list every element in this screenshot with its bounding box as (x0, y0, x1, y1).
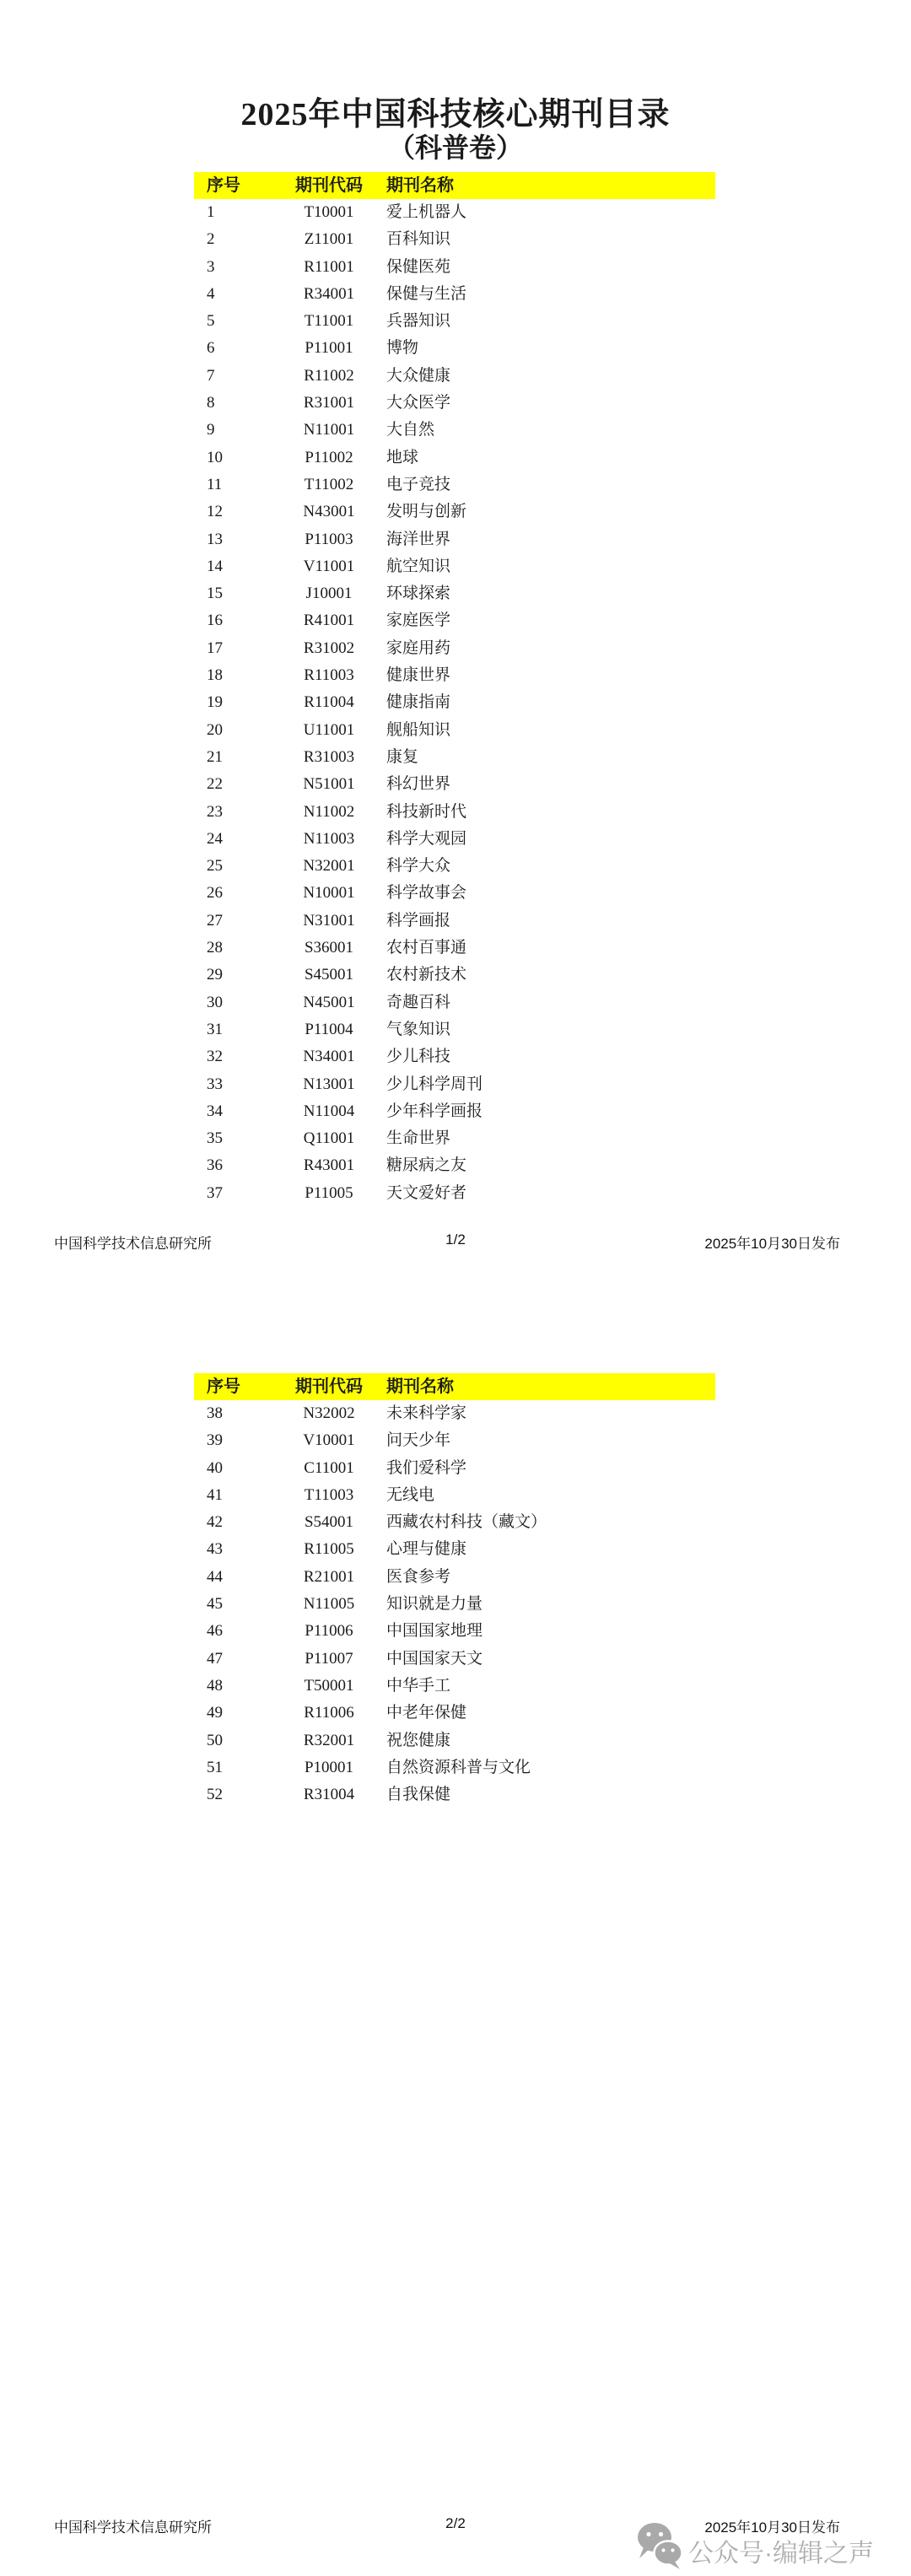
cell-journal-name: 未来科学家 (380, 1400, 715, 1427)
cell-journal-code: N11005 (278, 1591, 380, 1618)
cell-index: 49 (194, 1700, 278, 1727)
cell-index: 41 (194, 1482, 278, 1509)
cell-journal-code: N32002 (278, 1400, 380, 1427)
cell-journal-code: U11001 (278, 717, 380, 744)
cell-index: 23 (194, 799, 278, 826)
table-row: 15J10001环球探索 (194, 580, 715, 607)
col-header-name: 期刊名称 (380, 1373, 715, 1400)
cell-journal-code: N51001 (278, 771, 380, 798)
cell-journal-code: Z11001 (278, 226, 380, 253)
cell-journal-code: V10001 (278, 1427, 380, 1454)
table-row: 22N51001科幻世界 (194, 771, 715, 798)
cell-journal-name: 电子竞技 (380, 472, 715, 498)
cell-index: 5 (194, 308, 278, 335)
cell-index: 4 (194, 281, 278, 308)
table-row: 31P11004气象知识 (194, 1016, 715, 1043)
cell-journal-name: 博物 (380, 335, 715, 362)
cell-journal-name: 家庭医学 (380, 607, 715, 634)
cell-index: 14 (194, 553, 278, 580)
cell-journal-code: N43001 (278, 498, 380, 525)
cell-index: 34 (194, 1098, 278, 1125)
cell-journal-name: 农村百事通 (380, 935, 715, 962)
cell-index: 10 (194, 445, 278, 472)
table-row: 28S36001农村百事通 (194, 935, 715, 962)
table-row: 34N11004少年科学画报 (194, 1098, 715, 1125)
cell-journal-name: 舰船知识 (380, 717, 715, 744)
cell-journal-name: 康复 (380, 744, 715, 771)
cell-journal-name: 自然资源科普与文化 (380, 1754, 715, 1781)
cell-index: 44 (194, 1564, 278, 1591)
cell-journal-name: 知识就是力量 (380, 1591, 715, 1618)
cell-index: 46 (194, 1618, 278, 1645)
cell-journal-code: T10001 (278, 199, 380, 226)
table-row: 37P11005天文爱好者 (194, 1180, 715, 1207)
cell-journal-name: 大自然 (380, 417, 715, 444)
cell-journal-code: P11005 (278, 1180, 380, 1207)
table-row: 27N31001科学画报 (194, 908, 715, 935)
table-row: 9N11001大自然 (194, 417, 715, 444)
cell-index: 27 (194, 908, 278, 935)
cell-journal-code: R31002 (278, 635, 380, 662)
cell-index: 26 (194, 880, 278, 907)
cell-index: 45 (194, 1591, 278, 1618)
cell-index: 33 (194, 1071, 278, 1098)
table-row: 5T11001兵器知识 (194, 308, 715, 335)
cell-journal-name: 爱上机器人 (380, 199, 715, 226)
cell-journal-name: 问天少年 (380, 1427, 715, 1454)
col-header-code: 期刊代码 (278, 1373, 380, 1400)
table-row: 3R11001保健医苑 (194, 254, 715, 281)
cell-journal-code: T11002 (278, 472, 380, 498)
cell-journal-code: T11003 (278, 1482, 380, 1509)
table-row: 12N43001发明与创新 (194, 498, 715, 525)
cell-index: 2 (194, 226, 278, 253)
cell-journal-code: P11006 (278, 1618, 380, 1645)
table-row: 44R21001医食参考 (194, 1564, 715, 1591)
cell-journal-name: 健康世界 (380, 662, 715, 689)
table-body-page2: 38N32002未来科学家39V10001问天少年40C11001我们爱科学41… (194, 1400, 715, 1808)
cell-journal-code: R31004 (278, 1781, 380, 1808)
col-header-code: 期刊代码 (278, 172, 380, 199)
table-row: 41T11003无线电 (194, 1482, 715, 1509)
table-row: 45N11005知识就是力量 (194, 1591, 715, 1618)
table-row: 49R11006中老年保健 (194, 1700, 715, 1727)
cell-journal-name: 家庭用药 (380, 635, 715, 662)
cell-index: 20 (194, 717, 278, 744)
cell-index: 11 (194, 472, 278, 498)
cell-journal-name: 糖尿病之友 (380, 1152, 715, 1179)
cell-index: 52 (194, 1781, 278, 1808)
page2-footer: 中国科学技术信息研究所 2/2 2025年10月30日发布 (0, 2515, 911, 2536)
cell-journal-name: 西藏农村科技（藏文） (380, 1509, 715, 1536)
cell-index: 17 (194, 635, 278, 662)
cell-journal-name: 科学大众 (380, 853, 715, 880)
cell-journal-code: P11003 (278, 526, 380, 553)
table-row: 50R32001祝您健康 (194, 1727, 715, 1754)
cell-journal-code: R31003 (278, 744, 380, 771)
footer-publish-date: 2025年10月30日发布 (704, 2515, 840, 2536)
table-row: 26N10001科学故事会 (194, 880, 715, 907)
cell-journal-code: R11003 (278, 662, 380, 689)
cell-journal-code: N11004 (278, 1098, 380, 1125)
cell-index: 37 (194, 1180, 278, 1207)
cell-journal-code: T50001 (278, 1673, 380, 1700)
table-header: 序号 期刊代码 期刊名称 (194, 172, 715, 199)
table-row: 19R11004健康指南 (194, 689, 715, 716)
journal-table-page2: 序号 期刊代码 期刊名称 38N32002未来科学家39V10001问天少年40… (194, 1373, 715, 1808)
table-row: 30N45001奇趣百科 (194, 989, 715, 1016)
cell-index: 8 (194, 390, 278, 417)
cell-journal-code: P11002 (278, 445, 380, 472)
table-row: 38N32002未来科学家 (194, 1400, 715, 1427)
cell-journal-code: S54001 (278, 1509, 380, 1536)
table-row: 13P11003海洋世界 (194, 526, 715, 553)
table-row: 1T10001爱上机器人 (194, 199, 715, 226)
table-row: 43R11005心理与健康 (194, 1536, 715, 1563)
cell-index: 24 (194, 826, 278, 853)
table-row: 21R31003康复 (194, 744, 715, 771)
cell-index: 18 (194, 662, 278, 689)
cell-journal-name: 环球探索 (380, 580, 715, 607)
cell-journal-code: R11006 (278, 1700, 380, 1727)
cell-journal-name: 医食参考 (380, 1564, 715, 1591)
cell-journal-code: N13001 (278, 1071, 380, 1098)
cell-journal-code: R11001 (278, 254, 380, 281)
cell-journal-name: 科学故事会 (380, 880, 715, 907)
cell-index: 12 (194, 498, 278, 525)
cell-index: 38 (194, 1400, 278, 1427)
cell-journal-name: 科学画报 (380, 908, 715, 935)
cell-journal-name: 自我保健 (380, 1781, 715, 1808)
cell-index: 51 (194, 1754, 278, 1781)
cell-index: 22 (194, 771, 278, 798)
table-row: 29S45001农村新技术 (194, 962, 715, 989)
cell-journal-name: 发明与创新 (380, 498, 715, 525)
cell-index: 25 (194, 853, 278, 880)
cell-journal-name: 中华手工 (380, 1673, 715, 1700)
col-header-name: 期刊名称 (380, 172, 715, 199)
table-row: 11T11002电子竞技 (194, 472, 715, 498)
cell-index: 42 (194, 1509, 278, 1536)
cell-journal-code: P11001 (278, 335, 380, 362)
table-row: 7R11002大众健康 (194, 363, 715, 390)
table-row: 48T50001中华手工 (194, 1673, 715, 1700)
cell-journal-code: N31001 (278, 908, 380, 935)
table-row: 42S54001西藏农村科技（藏文） (194, 1509, 715, 1536)
table-row: 32N34001少儿科技 (194, 1043, 715, 1070)
cell-journal-name: 我们爱科学 (380, 1455, 715, 1482)
table-row: 4R34001保健与生活 (194, 281, 715, 308)
table-row: 23N11002科技新时代 (194, 799, 715, 826)
cell-index: 21 (194, 744, 278, 771)
cell-index: 48 (194, 1673, 278, 1700)
cell-journal-name: 科幻世界 (380, 771, 715, 798)
cell-journal-name: 航空知识 (380, 553, 715, 580)
cell-journal-code: R31001 (278, 390, 380, 417)
cell-journal-code: N34001 (278, 1043, 380, 1070)
cell-index: 43 (194, 1536, 278, 1563)
cell-journal-name: 少儿科学周刊 (380, 1071, 715, 1098)
cell-journal-name: 气象知识 (380, 1016, 715, 1043)
cell-journal-name: 农村新技术 (380, 962, 715, 989)
table-header: 序号 期刊代码 期刊名称 (194, 1373, 715, 1400)
table-row: 52R31004自我保健 (194, 1781, 715, 1808)
cell-journal-code: P11007 (278, 1646, 380, 1673)
cell-journal-name: 大众医学 (380, 390, 715, 417)
cell-journal-name: 少儿科技 (380, 1043, 715, 1070)
cell-journal-code: P10001 (278, 1754, 380, 1781)
cell-index: 9 (194, 417, 278, 444)
cell-journal-name: 海洋世界 (380, 526, 715, 553)
cell-index: 16 (194, 607, 278, 634)
cell-index: 13 (194, 526, 278, 553)
cell-journal-name: 科技新时代 (380, 799, 715, 826)
cell-journal-code: Q11001 (278, 1125, 380, 1152)
cell-journal-code: N11001 (278, 417, 380, 444)
cell-journal-name: 地球 (380, 445, 715, 472)
cell-index: 39 (194, 1427, 278, 1454)
table-row: 18R11003健康世界 (194, 662, 715, 689)
cell-journal-code: N10001 (278, 880, 380, 907)
col-header-index: 序号 (194, 172, 278, 199)
cell-journal-name: 中国国家地理 (380, 1618, 715, 1645)
table-row: 20U11001舰船知识 (194, 717, 715, 744)
footer-organization: 中国科学技术信息研究所 (54, 1231, 212, 1253)
table-row: 17R31002家庭用药 (194, 635, 715, 662)
table-row: 2Z11001百科知识 (194, 226, 715, 253)
cell-journal-code: S36001 (278, 935, 380, 962)
table-row: 40C11001我们爱科学 (194, 1455, 715, 1482)
cell-index: 47 (194, 1646, 278, 1673)
cell-journal-name: 心理与健康 (380, 1536, 715, 1563)
cell-journal-name: 中老年保健 (380, 1700, 715, 1727)
table-row: 14V11001航空知识 (194, 553, 715, 580)
cell-journal-name: 无线电 (380, 1482, 715, 1509)
footer-page-number: 1/2 (445, 1231, 466, 1248)
table-body-page1: 1T10001爱上机器人2Z11001百科知识3R11001保健医苑4R3400… (194, 199, 715, 1207)
table-row: 10P11002地球 (194, 445, 715, 472)
cell-journal-name: 健康指南 (380, 689, 715, 716)
cell-journal-code: N32001 (278, 853, 380, 880)
cell-journal-name: 少年科学画报 (380, 1098, 715, 1125)
footer-organization: 中国科学技术信息研究所 (54, 2515, 212, 2536)
cell-journal-code: R11005 (278, 1536, 380, 1563)
page1-footer: 中国科学技术信息研究所 1/2 2025年10月30日发布 (0, 1231, 911, 1252)
table-row: 33N13001少儿科学周刊 (194, 1071, 715, 1098)
cell-index: 3 (194, 254, 278, 281)
cell-journal-name: 天文爱好者 (380, 1180, 715, 1207)
cell-index: 32 (194, 1043, 278, 1070)
cell-index: 15 (194, 580, 278, 607)
table-row: 47P11007中国国家天文 (194, 1646, 715, 1673)
table-row: 25N32001科学大众 (194, 853, 715, 880)
cell-journal-name: 祝您健康 (380, 1727, 715, 1754)
cell-index: 28 (194, 935, 278, 962)
cell-journal-code: N11002 (278, 799, 380, 826)
cell-journal-name: 科学大观园 (380, 826, 715, 853)
cell-journal-code: T11001 (278, 308, 380, 335)
table-row: 24N11003科学大观园 (194, 826, 715, 853)
cell-journal-code: R11004 (278, 689, 380, 716)
watermark-text: 公众号·编辑之声 (688, 2532, 874, 2569)
cell-journal-name: 生命世界 (380, 1125, 715, 1152)
cell-journal-name: 兵器知识 (380, 308, 715, 335)
cell-index: 29 (194, 962, 278, 989)
document-subtitle: （科普卷） (0, 127, 911, 165)
table-row: 46P11006中国国家地理 (194, 1618, 715, 1645)
table-row: 16R41001家庭医学 (194, 607, 715, 634)
table-row: 8R31001大众医学 (194, 390, 715, 417)
cell-index: 30 (194, 989, 278, 1016)
document-page: 2025年中国科技核心期刊目录 （科普卷） 序号 期刊代码 期刊名称 1T100… (0, 0, 911, 2576)
table-row: 6P11001博物 (194, 335, 715, 362)
cell-journal-code: P11004 (278, 1016, 380, 1043)
footer-page-number: 2/2 (445, 2515, 466, 2532)
cell-journal-code: R32001 (278, 1727, 380, 1754)
table-row: 36R43001糖尿病之友 (194, 1152, 715, 1179)
cell-journal-code: N11003 (278, 826, 380, 853)
cell-journal-code: N45001 (278, 989, 380, 1016)
table-row: 51P10001自然资源科普与文化 (194, 1754, 715, 1781)
cell-index: 1 (194, 199, 278, 226)
journal-table-page1: 序号 期刊代码 期刊名称 1T10001爱上机器人2Z11001百科知识3R11… (194, 172, 715, 1207)
cell-journal-code: J10001 (278, 580, 380, 607)
cell-index: 31 (194, 1016, 278, 1043)
cell-journal-code: R41001 (278, 607, 380, 634)
cell-index: 40 (194, 1455, 278, 1482)
cell-index: 35 (194, 1125, 278, 1152)
cell-journal-name: 保健与生活 (380, 281, 715, 308)
cell-index: 7 (194, 363, 278, 390)
cell-index: 36 (194, 1152, 278, 1179)
table-row: 39V10001问天少年 (194, 1427, 715, 1454)
col-header-index: 序号 (194, 1373, 278, 1400)
cell-journal-name: 保健医苑 (380, 254, 715, 281)
cell-journal-name: 奇趣百科 (380, 989, 715, 1016)
cell-journal-code: C11001 (278, 1455, 380, 1482)
footer-publish-date: 2025年10月30日发布 (704, 1231, 840, 1253)
cell-journal-code: R11002 (278, 363, 380, 390)
cell-journal-code: R21001 (278, 1564, 380, 1591)
cell-index: 6 (194, 335, 278, 362)
cell-journal-code: V11001 (278, 553, 380, 580)
table-row: 35Q11001生命世界 (194, 1125, 715, 1152)
cell-journal-name: 中国国家天文 (380, 1646, 715, 1673)
cell-journal-code: R34001 (278, 281, 380, 308)
cell-journal-code: S45001 (278, 962, 380, 989)
cell-journal-name: 大众健康 (380, 363, 715, 390)
cell-index: 19 (194, 689, 278, 716)
cell-journal-code: R43001 (278, 1152, 380, 1179)
cell-index: 50 (194, 1727, 278, 1754)
cell-journal-name: 百科知识 (380, 226, 715, 253)
